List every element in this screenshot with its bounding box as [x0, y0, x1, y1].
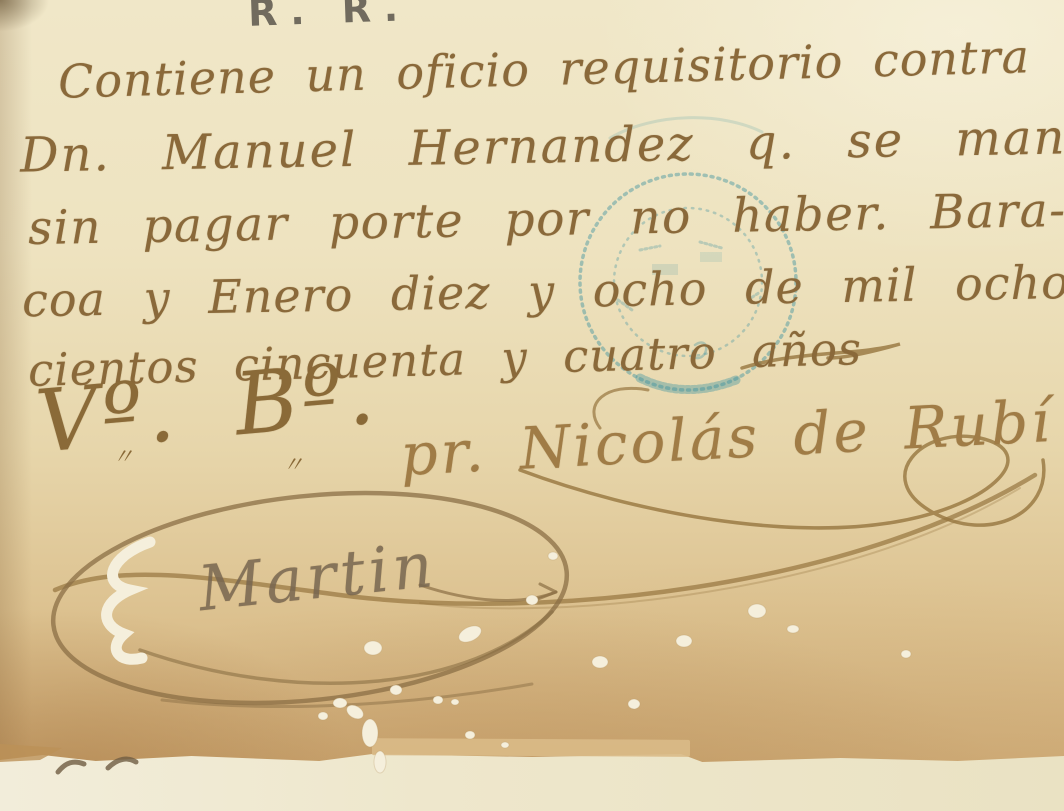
ditto-mark: 〃 — [112, 440, 134, 471]
page-below-edge — [0, 751, 1064, 811]
paper-fragment — [372, 738, 690, 757]
rr-annotation: R. R. — [247, 0, 410, 35]
document-scan: { "document": { "annotation_top": "R. R.… — [0, 0, 1064, 811]
ditto-mark: 〃 — [282, 448, 304, 479]
